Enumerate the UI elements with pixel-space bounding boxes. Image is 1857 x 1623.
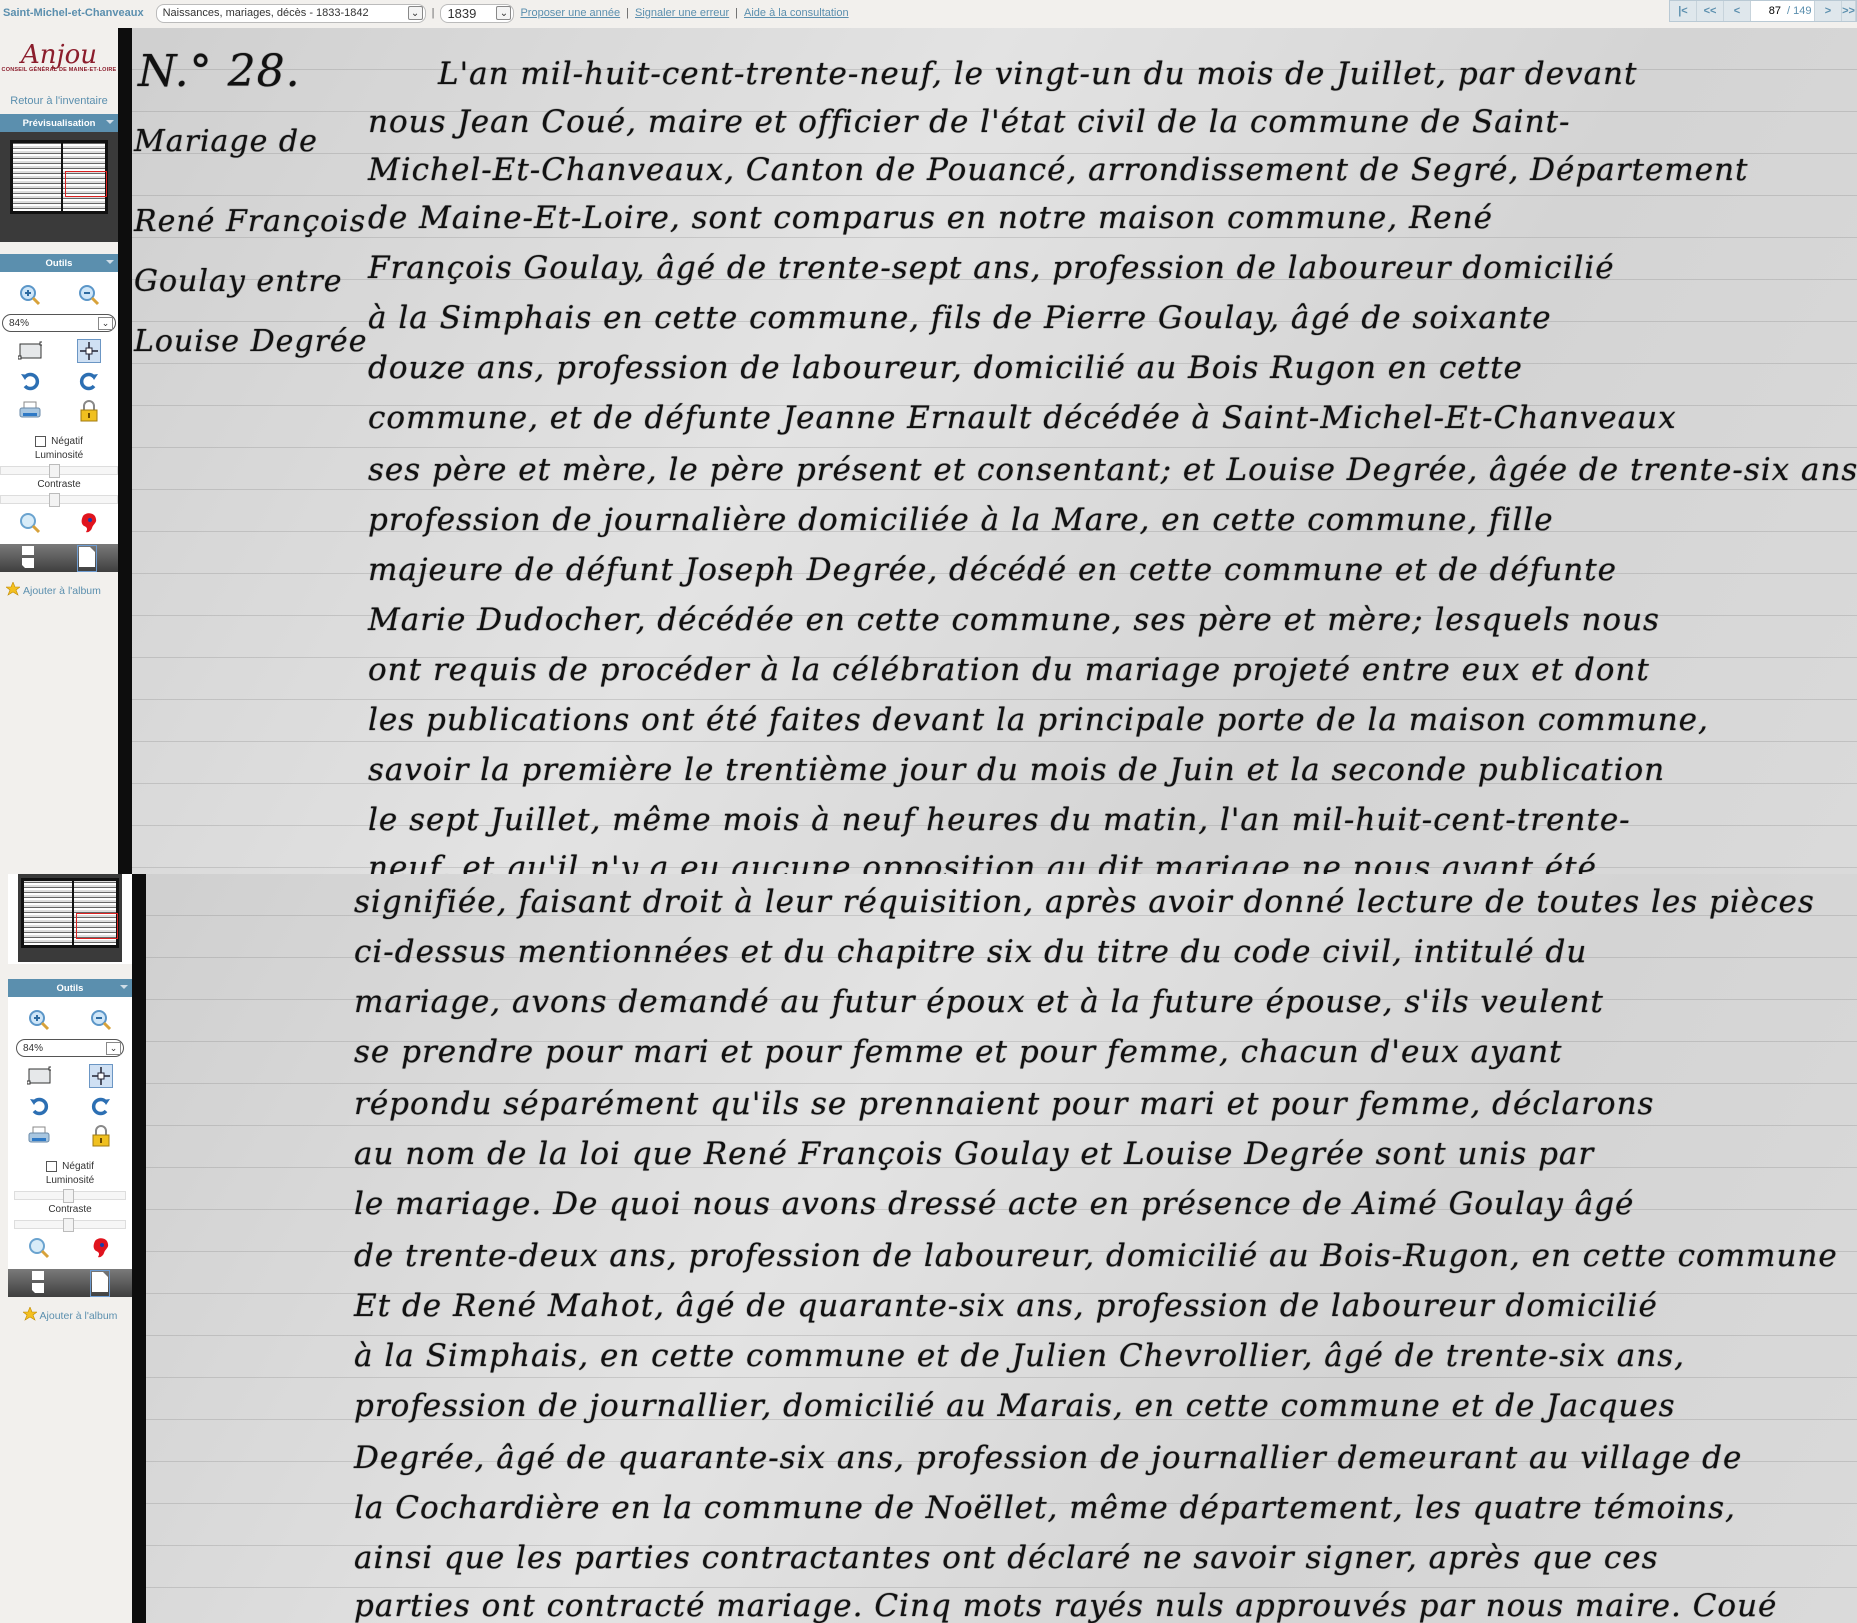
magnifier-icon[interactable] xyxy=(27,1236,51,1260)
marianne-icon[interactable] xyxy=(77,511,101,535)
rotate-left-icon[interactable] xyxy=(18,369,42,393)
propose-year-link[interactable]: Proposer une année xyxy=(520,7,620,19)
contrast-label: Contraste xyxy=(8,1204,132,1218)
text-line: neuf, et qu'il n'y a eu aucune oppositio… xyxy=(368,850,1597,874)
year-select-value: 1839 xyxy=(447,6,476,21)
text-line: profession de journalière domiciliée à l… xyxy=(368,502,1554,538)
top-toolbar: Saint-Michel-et-Chanveaux Naissances, ma… xyxy=(0,0,1857,26)
select-area-icon[interactable] xyxy=(18,339,42,363)
text-line: ont requis de procéder à la célébration … xyxy=(368,652,1650,688)
page-number-input[interactable]: 87 xyxy=(1751,5,1787,17)
page-navigator: |< << < 87 / 149 > >> xyxy=(1669,0,1857,22)
print-icon[interactable] xyxy=(27,1124,51,1148)
album-link-label: Ajouter à l'album xyxy=(23,585,101,597)
text-line: au nom de la loi que René François Goula… xyxy=(354,1136,1594,1172)
add-to-album-link[interactable]: Ajouter à l'album xyxy=(8,1297,132,1334)
page-number-field[interactable]: 87 / 149 xyxy=(1751,1,1815,21)
text-line: majeure de défunt Joseph Degrée, décédé … xyxy=(368,552,1617,588)
view-mode-bar xyxy=(0,544,118,572)
slider-handle[interactable] xyxy=(63,1189,74,1203)
text-line: ses père et mère, le père présent et con… xyxy=(368,452,1857,488)
forward-many-button[interactable]: >> xyxy=(1842,1,1856,21)
text-line: à la Simphais en cette commune, fils de … xyxy=(368,300,1552,336)
viewport-indicator[interactable] xyxy=(65,171,107,197)
view-mode-bar xyxy=(8,1269,132,1297)
text-line: L'an mil-huit-cent-trente-neuf, le vingt… xyxy=(438,56,1637,92)
chevron-down-icon[interactable]: ⌄ xyxy=(98,317,113,330)
two-page-view-icon[interactable] xyxy=(21,546,35,571)
two-page-view-icon[interactable] xyxy=(31,1271,45,1296)
text-line: François Goulay, âgé de trente-sept ans,… xyxy=(368,250,1615,286)
pan-icon[interactable] xyxy=(77,339,101,363)
separator: | xyxy=(626,7,629,19)
zoom-level-select[interactable]: 84%⌄ xyxy=(16,1039,124,1057)
anjou-logo[interactable]: Anjou CONSEIL GÉNÉRAL DE MAINE-ET-LOIRE xyxy=(0,28,118,88)
star-icon xyxy=(23,1307,37,1324)
zoom-out-icon[interactable] xyxy=(77,283,101,307)
preview-title: Prévisualisation xyxy=(23,118,96,129)
margin-note-line: Louise Degrée xyxy=(134,324,367,359)
preview-panel-header[interactable]: Prévisualisation xyxy=(0,114,118,132)
page-total: / 149 xyxy=(1787,5,1811,17)
logo-caption: CONSEIL GÉNÉRAL DE MAINE-ET-LOIRE xyxy=(2,67,117,73)
page-edge xyxy=(132,874,146,1623)
separator: | xyxy=(432,7,435,19)
page-thumbnail[interactable] xyxy=(10,140,108,214)
text-line: les publications ont été faites devant l… xyxy=(368,702,1709,738)
year-select[interactable]: 1839 ⌄ xyxy=(440,4,514,23)
page-edge xyxy=(118,28,132,874)
negative-label: Négatif xyxy=(51,436,83,447)
zoom-level-value: 84% xyxy=(23,1043,43,1054)
print-icon[interactable] xyxy=(18,399,42,423)
text-line: mariage, avons demandé au futur époux et… xyxy=(354,984,1604,1020)
text-line: Michel-Et-Chanveaux, Canton de Pouancé, … xyxy=(368,152,1749,188)
text-line: de Maine-Et-Loire, sont comparus en notr… xyxy=(368,200,1493,236)
slider-handle[interactable] xyxy=(63,1218,74,1232)
contrast-slider[interactable] xyxy=(14,1220,126,1229)
text-line: Marie Dudocher, décédée en cette commune… xyxy=(368,602,1660,638)
first-page-button[interactable]: |< xyxy=(1670,1,1697,21)
star-icon xyxy=(6,582,20,599)
place-name: Saint-Michel-et-Chanveaux xyxy=(3,7,144,19)
chevron-down-icon[interactable]: ⌄ xyxy=(408,6,423,20)
series-select-value: Naissances, mariages, décès - 1833-1842 xyxy=(163,7,369,19)
chevron-down-icon[interactable]: ⌄ xyxy=(496,6,511,20)
collapse-icon[interactable] xyxy=(106,260,114,264)
magnifier-icon[interactable] xyxy=(18,511,42,535)
text-line: la Cochardière en la commune de Noëllet,… xyxy=(354,1490,1736,1526)
logo-script: Anjou xyxy=(21,43,97,67)
text-line: savoir la première le trentième jour du … xyxy=(368,752,1665,788)
text-line: signifiée, faisant droit à leur réquisit… xyxy=(354,884,1815,920)
next-page-button[interactable]: > xyxy=(1815,1,1842,21)
text-line: à la Simphais, en cette commune et de Ju… xyxy=(354,1338,1685,1374)
text-line: parties ont contracté mariage. Cinq mots… xyxy=(354,1588,1777,1623)
text-line: le mariage. De quoi nous avons dressé ac… xyxy=(354,1186,1634,1222)
tools-panel-header[interactable]: Outils xyxy=(8,979,132,997)
back-many-button[interactable]: << xyxy=(1697,1,1724,21)
text-line: ainsi que les parties contractantes ont … xyxy=(354,1540,1658,1576)
zoom-in-icon[interactable] xyxy=(18,283,42,307)
preview-panel xyxy=(0,132,118,242)
lock-icon[interactable] xyxy=(77,399,101,423)
brightness-slider[interactable] xyxy=(0,466,118,475)
series-select[interactable]: Naissances, mariages, décès - 1833-1842 … xyxy=(156,4,426,23)
single-page-view-icon[interactable] xyxy=(90,1270,110,1297)
add-to-album-link[interactable]: Ajouter à l'album xyxy=(0,572,118,609)
tools-panel: 84%⌄ Négatif Luminosité Contraste xyxy=(8,997,132,1269)
preview-panel xyxy=(8,874,132,964)
rotate-left-icon[interactable] xyxy=(27,1094,51,1118)
document-image-lower[interactable]: signifiée, faisant droit à leur réquisit… xyxy=(132,874,1857,1623)
text-line: répondu séparément qu'ils se prennaient … xyxy=(354,1086,1654,1122)
single-page-view-icon[interactable] xyxy=(77,545,97,572)
help-link[interactable]: Aide à la consultation xyxy=(744,7,849,19)
text-line: douze ans, profession de laboureur, domi… xyxy=(368,350,1523,386)
slider-handle[interactable] xyxy=(49,464,60,478)
slider-handle[interactable] xyxy=(49,493,60,507)
pan-icon[interactable] xyxy=(89,1064,113,1088)
tools-title: Outils xyxy=(46,258,73,269)
chevron-down-icon[interactable]: ⌄ xyxy=(106,1042,121,1055)
text-line: Et de René Mahot, âgé de quarante-six an… xyxy=(354,1288,1658,1324)
separator: | xyxy=(735,7,738,19)
collapse-icon[interactable] xyxy=(106,120,114,124)
text-line: le sept Juillet, même mois à neuf heures… xyxy=(368,802,1631,838)
text-line: de trente-deux ans, profession de labour… xyxy=(354,1238,1838,1274)
margin-note-line: René François xyxy=(134,204,366,239)
zoom-in-icon[interactable] xyxy=(27,1008,51,1032)
margin-note-line: Goulay entre xyxy=(134,264,343,299)
previous-page-button[interactable]: < xyxy=(1724,1,1751,21)
document-image-upper[interactable]: N.° 28. Mariage de René François Goulay … xyxy=(118,28,1857,874)
brightness-slider[interactable] xyxy=(14,1191,126,1200)
text-line: commune, et de défunte Jeanne Ernault dé… xyxy=(368,400,1677,436)
act-number: N.° 28. xyxy=(138,46,301,97)
back-to-inventory-link[interactable]: Retour à l'inventaire xyxy=(0,88,118,114)
rotate-right-icon[interactable] xyxy=(77,369,101,393)
brightness-label: Luminosité xyxy=(0,450,118,464)
brightness-label: Luminosité xyxy=(8,1175,132,1189)
negative-toggle[interactable]: Négatif xyxy=(0,432,118,450)
negative-label: Négatif xyxy=(62,1161,94,1172)
sidebar: Anjou CONSEIL GÉNÉRAL DE MAINE-ET-LOIRE … xyxy=(0,28,118,874)
text-line: se prendre pour mari et pour femme et po… xyxy=(354,1034,1563,1070)
tools-panel-header[interactable]: Outils xyxy=(0,254,118,272)
preview-frame xyxy=(18,874,122,962)
marianne-icon[interactable] xyxy=(89,1236,113,1260)
negative-toggle[interactable]: Négatif xyxy=(8,1157,132,1175)
page-thumbnail[interactable] xyxy=(21,878,119,948)
zoom-level-select[interactable]: 84%⌄ xyxy=(2,314,116,332)
negative-checkbox[interactable] xyxy=(46,1161,57,1172)
contrast-slider[interactable] xyxy=(0,495,118,504)
zoom-level-value: 84% xyxy=(9,318,29,329)
lock-icon[interactable] xyxy=(89,1124,113,1148)
tools-title: Outils xyxy=(57,983,84,994)
text-line: nous Jean Coué, maire et officier de l'é… xyxy=(368,104,1571,140)
negative-checkbox[interactable] xyxy=(35,436,46,447)
sidebar-duplicate: Outils 84%⌄ Négatif Luminosité Contraste xyxy=(8,874,132,1623)
tools-panel: 84%⌄ Négatif Luminosité Contraste xyxy=(0,272,118,544)
contrast-label: Contraste xyxy=(0,479,118,493)
select-area-icon[interactable] xyxy=(27,1064,51,1088)
text-line: Degrée, âgé de quarante-six ans, profess… xyxy=(354,1440,1742,1476)
text-line: profession de journallier, domicilié au … xyxy=(354,1388,1676,1424)
report-error-link[interactable]: Signaler une erreur xyxy=(635,7,729,19)
collapse-icon[interactable] xyxy=(120,985,128,989)
text-line: ci-dessus mentionnées et du chapitre six… xyxy=(354,934,1587,970)
margin-note-line: Mariage de xyxy=(134,124,318,159)
rotate-right-icon[interactable] xyxy=(89,1094,113,1118)
album-link-label: Ajouter à l'album xyxy=(40,1310,118,1322)
zoom-out-icon[interactable] xyxy=(89,1008,113,1032)
viewport-indicator[interactable] xyxy=(76,913,118,939)
